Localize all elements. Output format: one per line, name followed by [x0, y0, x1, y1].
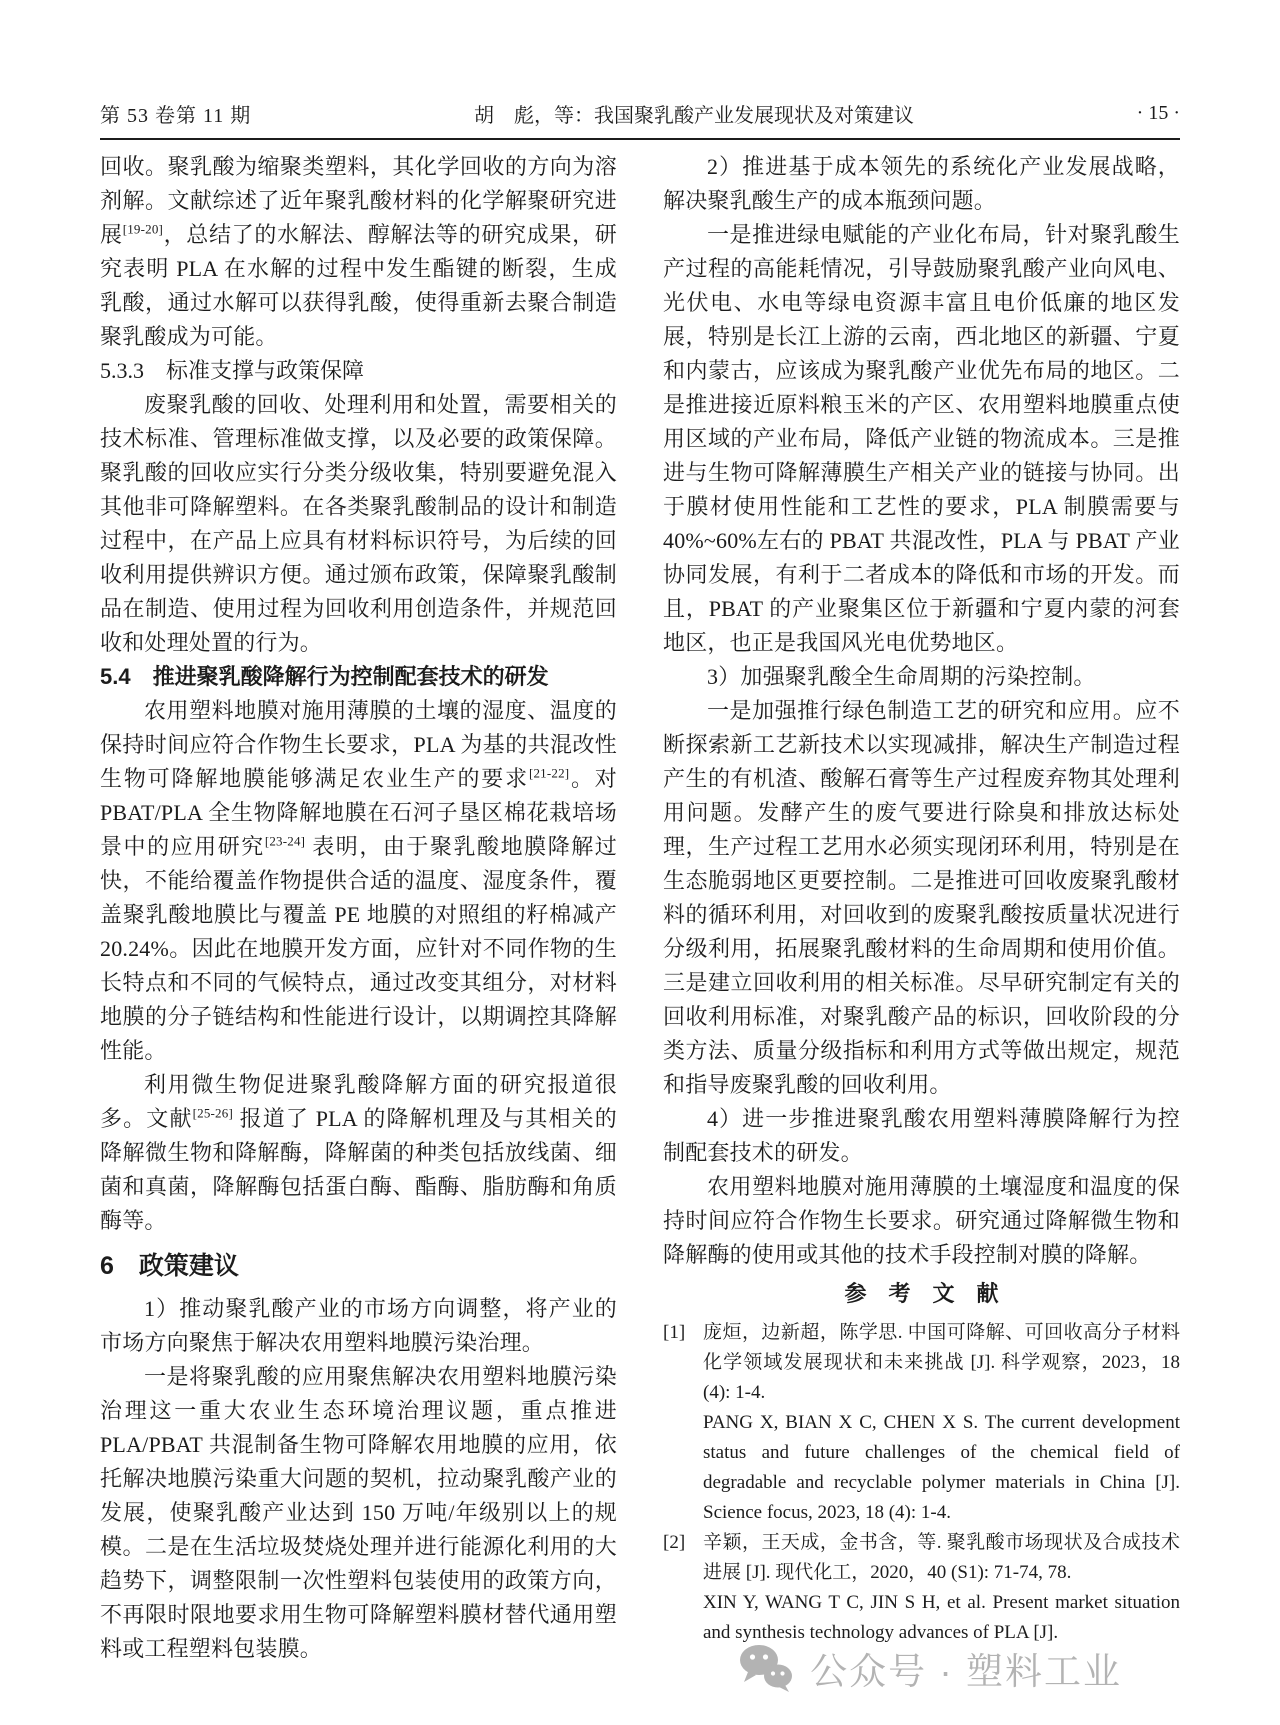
paragraph-right-3: 一是加强推行绿色制造工艺的研究和应用。应不断探索新工艺新技术以实现减排，解决生产… — [663, 694, 1180, 1102]
reference-zh: 辛颖，王天成，金书含，等. 聚乳酸市场现状及合成技术进展 [J]. 现代化工，2… — [703, 1528, 1180, 1588]
reference-zh: 庞烜，边新超，陈学思. 中国可降解、可回收高分子材料化学领域发展现状和未来挑战 … — [703, 1318, 1180, 1408]
reference-text: 庞烜，边新超，陈学思. 中国可降解、可回收高分子材料化学领域发展现状和未来挑战 … — [703, 1318, 1180, 1528]
reference-item-8: [2]辛颖，王天成，金书含，等. 聚乳酸市场现状及合成技术进展 [J]. 现代化… — [663, 1528, 1180, 1648]
section-heading-left-6: 6 政策建议 — [100, 1246, 617, 1286]
citation-superscript: [25-26] — [193, 1106, 233, 1121]
left-column: 回收。聚乳酸为缩聚类塑料，其化学回收的方向为溶剂解。文献综述了近年聚乳酸材料的化… — [100, 150, 617, 1718]
page-header: 第 53 卷第 11 期 胡 彪，等：我国聚乳酸产业发展现状及对策建议 · 15… — [100, 88, 1180, 140]
watermark-text: 公众号 · 塑料工业 — [810, 1641, 1122, 1695]
journal-page: 第 53 卷第 11 期 胡 彪，等：我国聚乳酸产业发展现状及对策建议 · 15… — [0, 0, 1280, 1725]
paragraph-left-2: 废聚乳酸的回收、处理利用和处置，需要相关的技术标准、管理标准做支撑，以及必要的政… — [100, 388, 617, 660]
paragraph-right-2: 3）加强聚乳酸全生命周期的污染控制。 — [663, 660, 1180, 694]
citation-superscript: [19-20] — [123, 222, 163, 237]
reference-marker: [1] — [663, 1318, 703, 1528]
reference-marker: [2] — [663, 1528, 703, 1648]
right-column: 2）推进基于成本领先的系统化产业发展战略，解决聚乳酸生产的成本瓶颈问题。一是推进… — [663, 150, 1180, 1718]
reference-en: XIN Y, WANG T C, JIN S H, et al. Present… — [703, 1588, 1180, 1648]
wechat-icon — [738, 1643, 794, 1693]
paragraph-left-4: 农用塑料地膜对施用薄膜的土壤的湿度、温度的保持时间应符合作物生长要求，PLA 为… — [100, 694, 617, 1068]
references-heading: 参 考 文 献 — [663, 1274, 1180, 1314]
paragraph-left-8: 一是将聚乳酸的应用聚焦解决农用塑料地膜污染治理这一重大农业生态环境治理议题，重点… — [100, 1360, 617, 1666]
paragraph-right-0: 2）推进基于成本领先的系统化产业发展战略，解决聚乳酸生产的成本瓶颈问题。 — [663, 150, 1180, 218]
watermark: 公众号 · 塑料工业 — [738, 1641, 1122, 1695]
section-heading-left-1: 5.3.3 标准支撑与政策保障 — [100, 354, 617, 388]
running-title: 胡 彪，等：我国聚乳酸产业发展现状及对策建议 — [251, 99, 1136, 128]
reference-en: PANG X, BIAN X C, CHEN X S. The current … — [703, 1408, 1180, 1528]
paragraph-left-5: 利用微生物促进聚乳酸降解方面的研究报道很多。文献[25-26] 报道了 PLA … — [100, 1068, 617, 1238]
reference-item-7: [1]庞烜，边新超，陈学思. 中国可降解、可回收高分子材料化学领域发展现状和未来… — [663, 1318, 1180, 1528]
paragraph-right-5: 农用塑料地膜对施用薄膜的土壤湿度和温度的保持时间应符合作物生长要求。研究通过降解… — [663, 1170, 1180, 1272]
page-number: · 15 · — [1137, 102, 1180, 125]
volume-issue: 第 53 卷第 11 期 — [100, 99, 251, 128]
citation-superscript: [21-22] — [529, 766, 569, 781]
reference-text: 辛颖，王天成，金书含，等. 聚乳酸市场现状及合成技术进展 [J]. 现代化工，2… — [703, 1528, 1180, 1648]
paragraph-left-0: 回收。聚乳酸为缩聚类塑料，其化学回收的方向为溶剂解。文献综述了近年聚乳酸材料的化… — [100, 150, 617, 354]
paragraph-left-7: 1）推动聚乳酸产业的市场方向调整，将产业的市场方向聚焦于解决农用塑料地膜污染治理… — [100, 1292, 617, 1360]
citation-superscript: [23-24] — [265, 834, 305, 849]
paragraph-right-4: 4）进一步推进聚乳酸农用塑料薄膜降解行为控制配套技术的研发。 — [663, 1102, 1180, 1170]
paragraph-right-1: 一是推进绿电赋能的产业化布局，针对聚乳酸生产过程的高能耗情况，引导鼓励聚乳酸产业… — [663, 218, 1180, 660]
section-heading-left-3: 5.4 推进聚乳酸降解行为控制配套技术的研发 — [100, 660, 617, 694]
article-body: 回收。聚乳酸为缩聚类塑料，其化学回收的方向为溶剂解。文献综述了近年聚乳酸材料的化… — [100, 150, 1180, 1718]
